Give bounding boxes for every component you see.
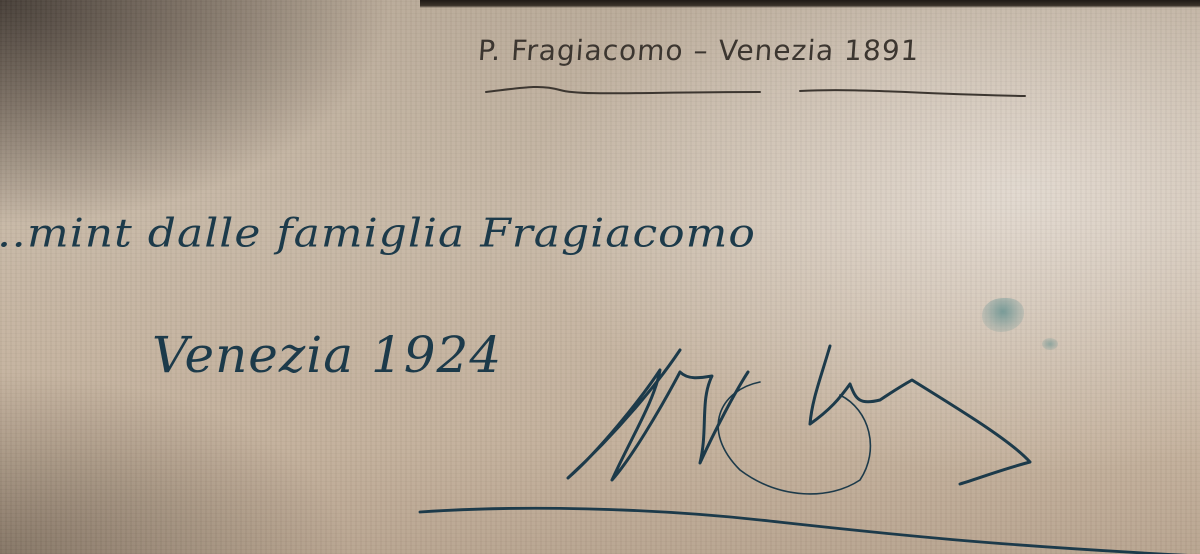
signature-underline (420, 508, 1200, 554)
ink-stain-small (1042, 338, 1058, 350)
pencil-inscription: P. Fragiacomo – Venezia 1891 (477, 34, 921, 67)
signature (568, 346, 1030, 494)
dedication-text: …mint dalle famiglia Fragiacomo (0, 211, 756, 257)
frame-edge (420, 0, 1200, 8)
pen-strokes (0, 0, 1200, 554)
aged-paper: P. Fragiacomo – Venezia 1891 …mint dalle… (0, 0, 1200, 554)
place-date-text: Venezia 1924 (152, 326, 502, 384)
ink-stain (982, 298, 1024, 332)
pencil-underline (486, 87, 1025, 96)
